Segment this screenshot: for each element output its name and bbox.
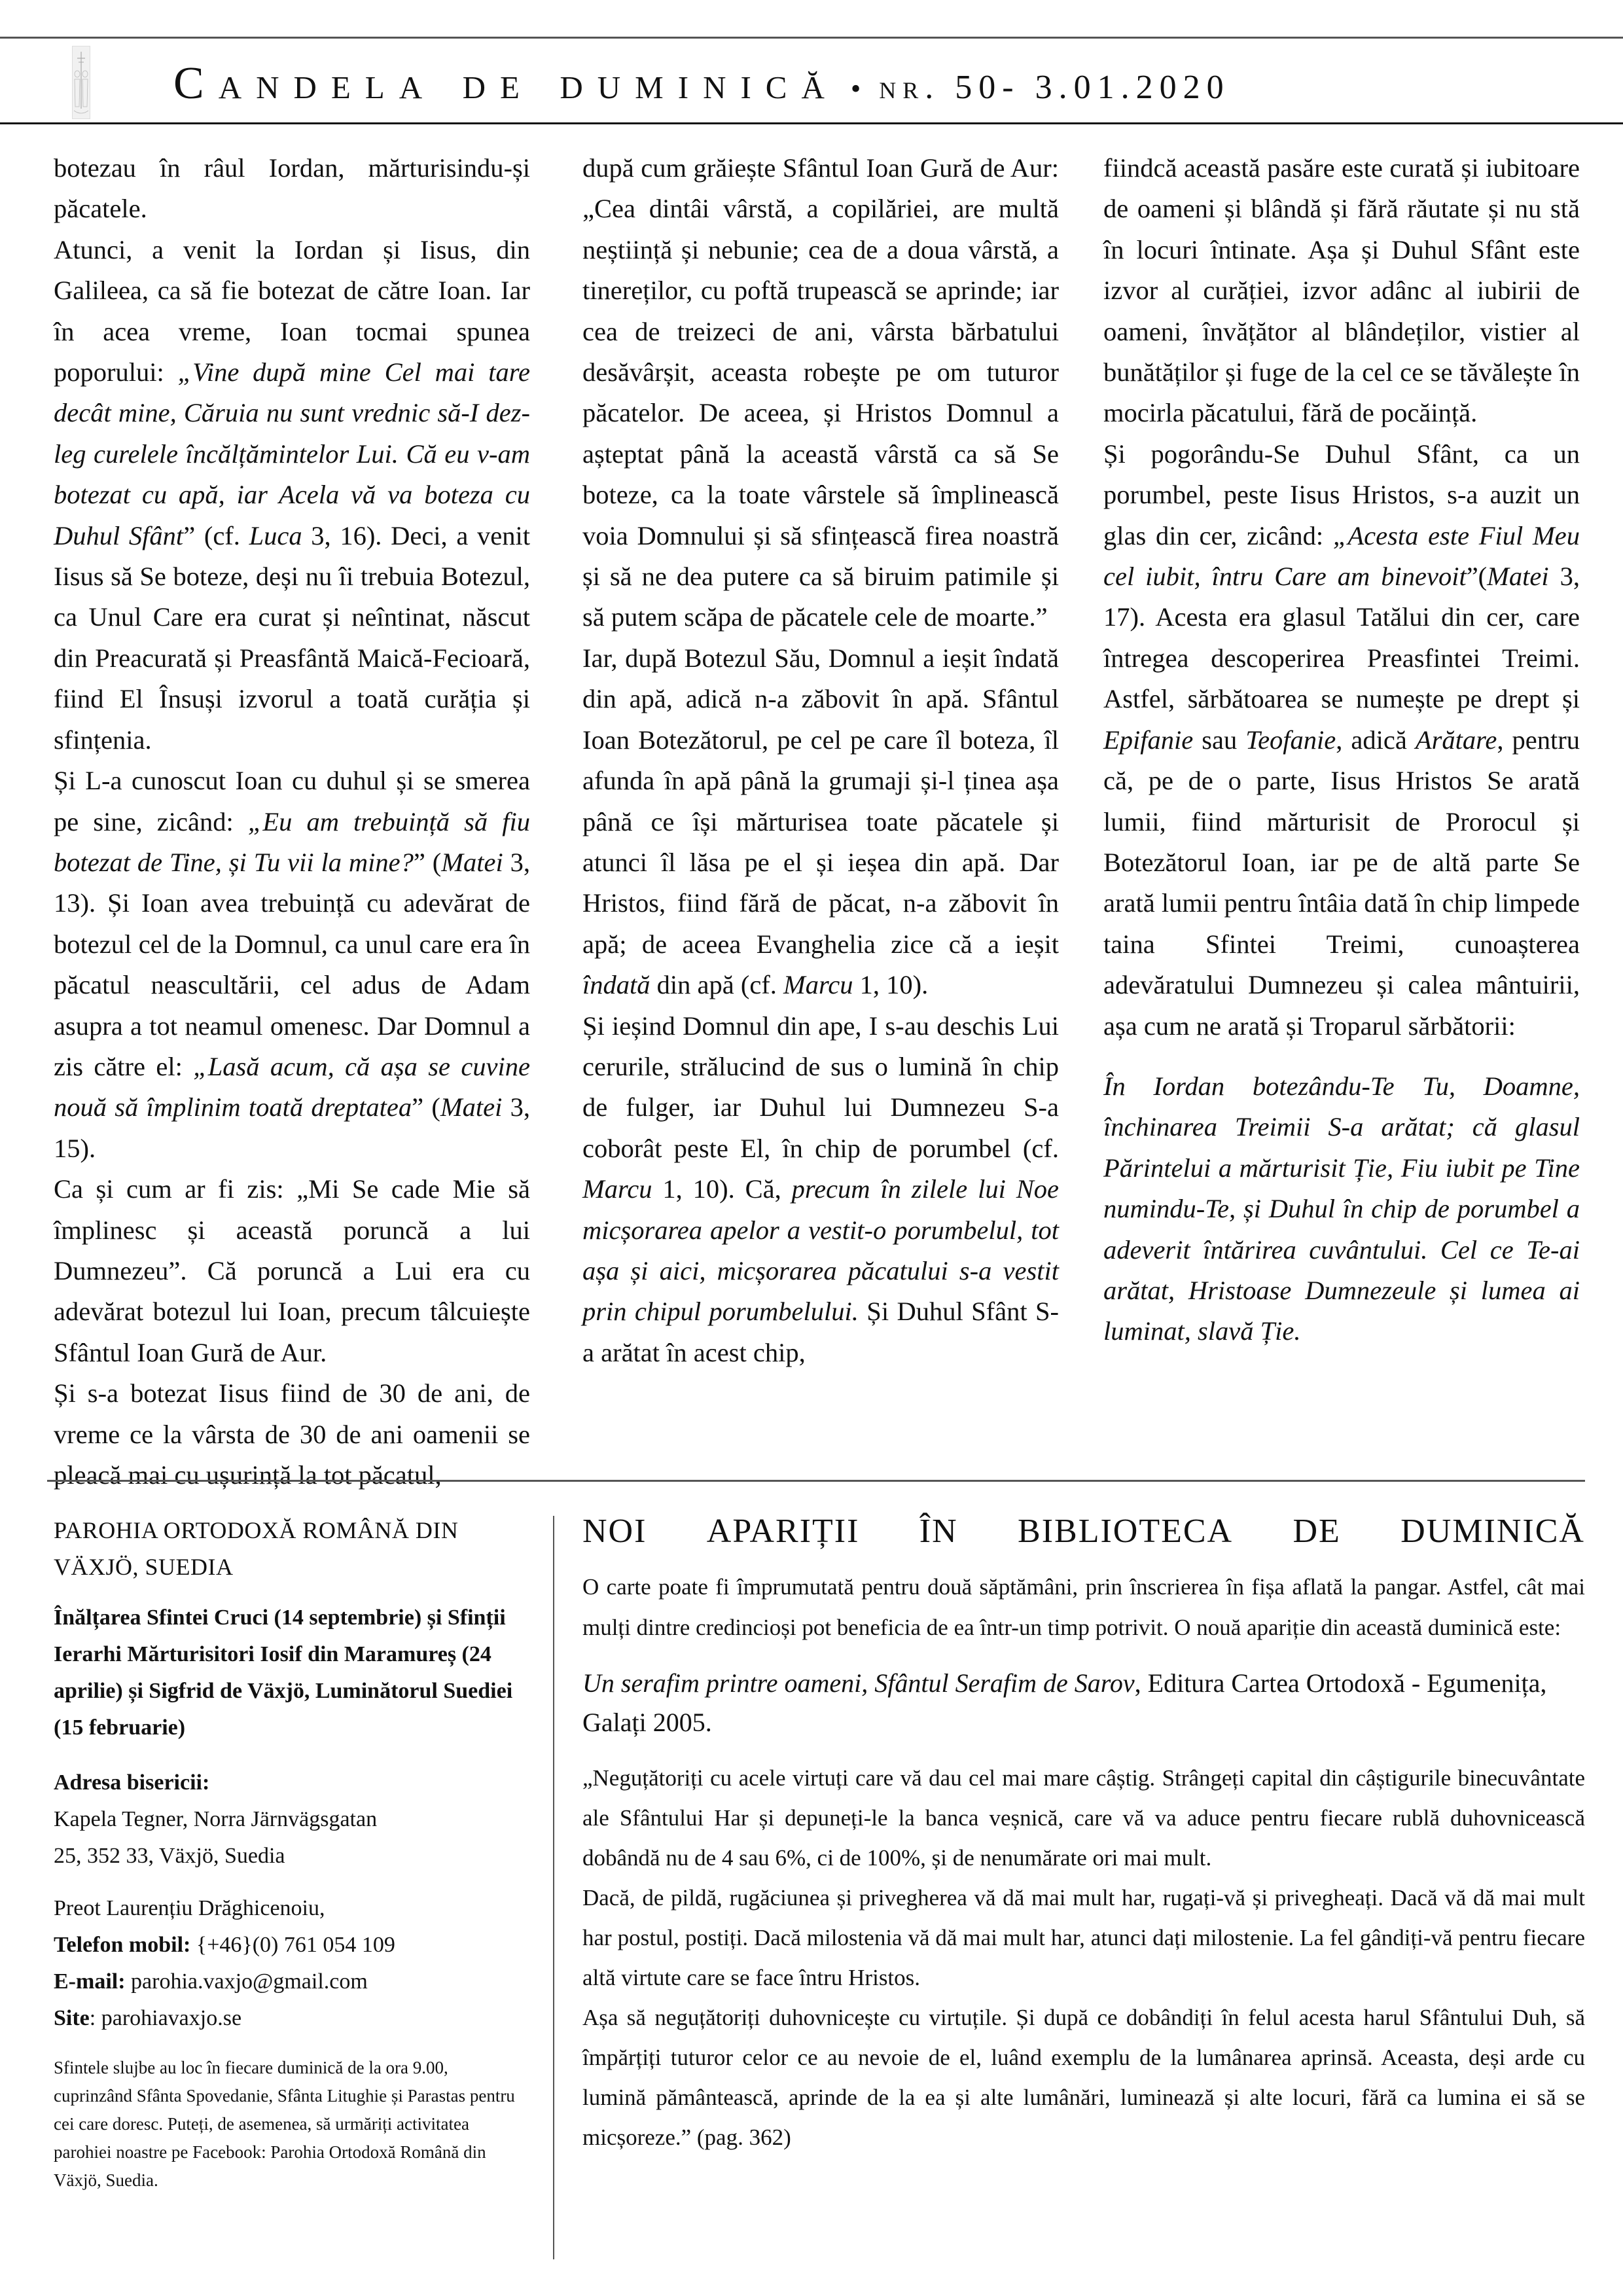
issue-number-date: nr. 50- 3.01.2020 [879,68,1230,107]
book-quote: „Neguțătoriți cu acele virtuți care vă d… [582,1758,1585,2157]
column-divider [553,1516,554,2259]
services-note: Sfintele slujbe au loc în fiecare dumini… [54,2054,525,2195]
paragraph: după cum grăiește Sfântul Ioan Gură de A… [582,148,1059,638]
book-title: Un serafim printre oameni, Sfântul Seraf… [582,1668,1135,1698]
quote-paragraph: Dacă, de pildă, rugăciunea și priveghere… [582,1878,1585,1998]
parish-heading: PAROHIA ORTODOXĂ ROMÂNĂ DIN VÄXJÖ, SUEDI… [54,1512,525,1585]
paragraph: botezau în râul Iordan, mărturisindu-și … [54,148,530,230]
paragraph: fiindcă această pasăre este curată și iu… [1103,148,1580,434]
heading-word: APARIȚII [707,1505,860,1558]
quote-paragraph: Așa să neguțătoriți duhovnicește cu virt… [582,1998,1585,2157]
book-reference: Un serafim printre oameni, Sfântul Seraf… [582,1664,1585,1742]
section-divider [47,1480,1585,1482]
quote-paragraph: „Neguțătoriți cu acele virtuți care vă d… [582,1758,1585,1878]
paragraph: Și L-a cunoscut Ioan cu duhul și se smer… [54,761,530,1169]
address-label: Adresa bisericii: [54,1770,209,1795]
article-column-1: botezau în râul Iordan, mărturisindu-și … [54,148,530,1496]
paragraph: Iar, după Botezul Său, Domnul a ieșit în… [582,638,1059,1006]
heading-word: NOI [582,1505,647,1558]
troparion-paragraph: În Iordan botezându-Te Tu, Doamne, închi… [1103,1066,1580,1352]
library-intro: O carte poate fi împrumutată pentru două… [582,1567,1585,1648]
paragraph: Și s-a botezat Iisus fiind de 30 de ani,… [54,1373,530,1496]
patron-feasts: Înălțarea Sfintei Cruci (14 septembrie) … [54,1600,525,1746]
article-column-2: după cum grăiește Sfântul Ioan Gură de A… [582,148,1059,1373]
header-top-rule [0,37,1623,39]
phone-label: Telefon mobil: [54,1933,190,1957]
paragraph: Ca și cum ar fi zis: „Mi Se cade Mie să … [54,1169,530,1373]
paragraph: Și pogorându-Se Duhul Sfânt, ca un porum… [1103,434,1580,1047]
contact-info: Preot Laurențiu Drăghicenoiu, Telefon mo… [54,1890,525,2037]
address-line-1: Kapela Tegner, Norra Järnvägsgatan [54,1807,377,1831]
library-section: NOI APARIȚII ÎN BIBLIOTECA DE DUMINICĂ O… [582,1505,1585,2157]
phone-number[interactable]: {+46}(0) 761 054 109 [190,1933,395,1957]
site-link[interactable]: : parohiavaxjo.se [90,2006,241,2030]
parish-icon-logo-icon [72,46,90,119]
masthead: Candela de duminică • nr. 50- 3.01.2020 [173,58,1230,117]
publication-title: Candela de duminică [173,58,839,110]
address-line-2: 25, 352 33, Växjö, Suedia [54,1844,285,1868]
heading-word: DUMINICĂ [1400,1505,1585,1558]
library-heading: NOI APARIȚII ÎN BIBLIOTECA DE DUMINICĂ [582,1505,1585,1558]
email-link[interactable]: parohia.vaxjo@gmail.com [126,1969,368,1994]
header-bottom-rule [0,122,1623,124]
church-address: Adresa bisericii: Kapela Tegner, Norra J… [54,1765,525,1874]
paragraph: Atunci, a venit la Iordan și Iisus, din … [54,230,530,761]
heading-word: ÎN [919,1505,958,1558]
article-column-3: fiindcă această pasăre este curată și iu… [1103,148,1580,1352]
site-label: Site [54,2006,90,2030]
saints-cross-icon [73,46,90,118]
separator-bullet: • [851,72,861,105]
heading-word: DE [1293,1505,1340,1558]
parish-info-sidebar: PAROHIA ORTODOXĂ ROMÂNĂ DIN VÄXJÖ, SUEDI… [54,1512,525,2195]
heading-word: BIBLIOTECA [1018,1505,1233,1558]
email-label: E-mail: [54,1969,126,1994]
priest-name: Preot Laurențiu Drăghicenoiu, [54,1896,325,1920]
paragraph: Și ieșind Domnul din ape, I s-au deschis… [582,1006,1059,1374]
